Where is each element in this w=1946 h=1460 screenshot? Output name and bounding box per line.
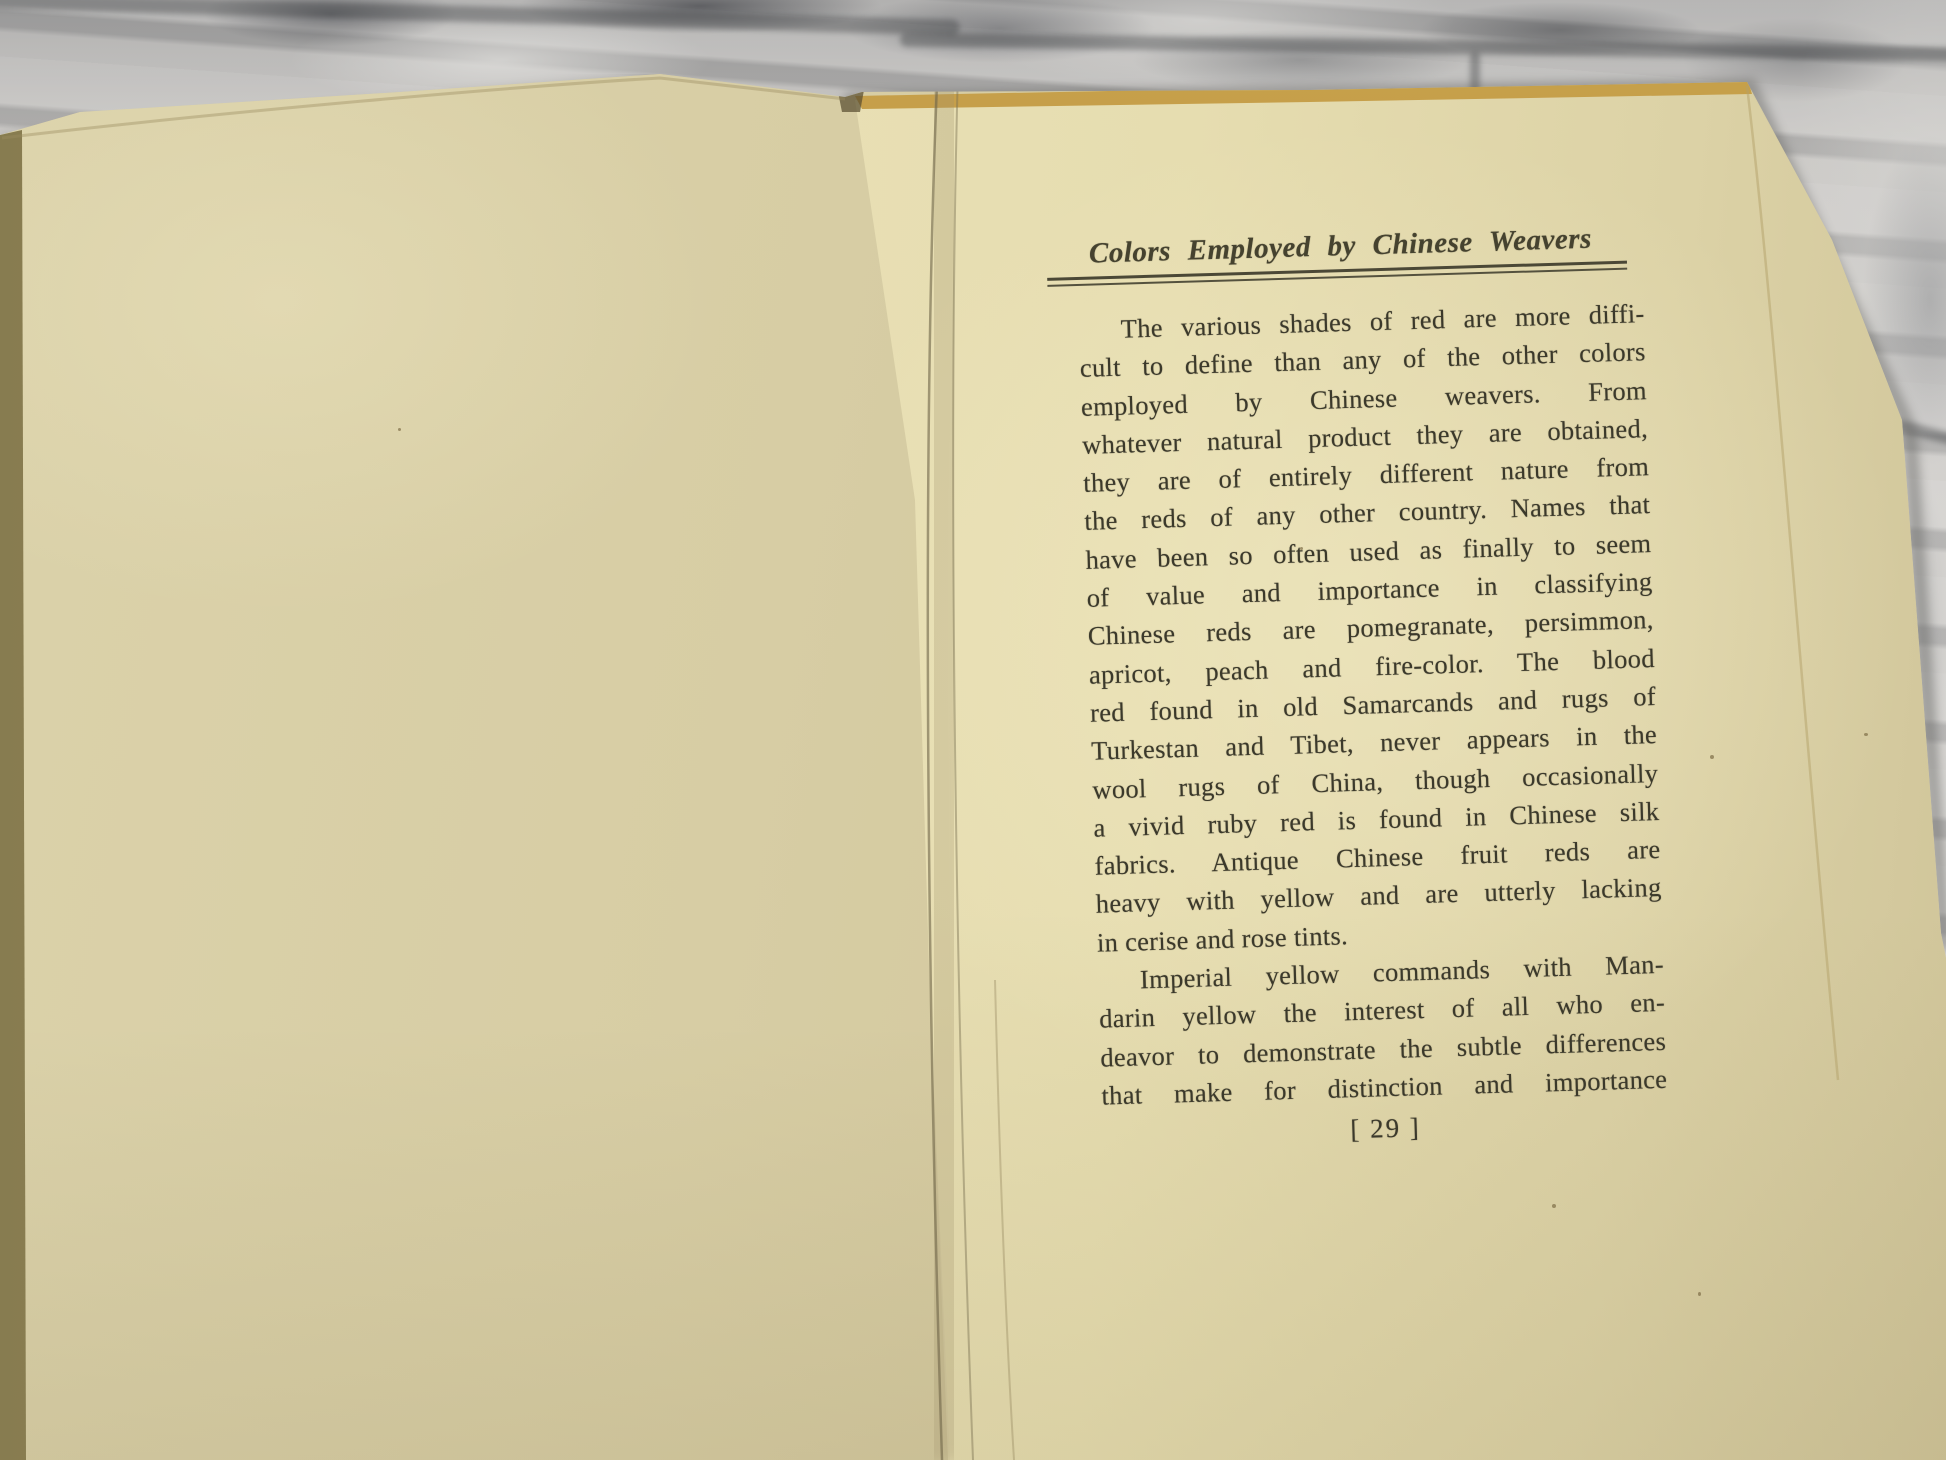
wall-mortar-line	[0, 0, 960, 36]
paper-speck	[1864, 733, 1868, 736]
wall-mortar-line	[900, 33, 1946, 62]
paper-speck	[1552, 1204, 1556, 1208]
open-book: Colors Employed by Chinese Weavers The v…	[0, 0, 1946, 1460]
paper-speck	[1698, 1292, 1701, 1296]
paper-speck	[1300, 547, 1303, 550]
body-text: The various shades of red are more diffi…	[1078, 294, 1668, 1115]
photo-of-open-book: Colors Employed by Chinese Weavers The v…	[0, 0, 1946, 1460]
page-text-block: Colors Employed by Chinese Weavers The v…	[1042, 220, 1681, 1154]
paper-speck	[1710, 755, 1714, 759]
paper-speck	[398, 428, 401, 431]
